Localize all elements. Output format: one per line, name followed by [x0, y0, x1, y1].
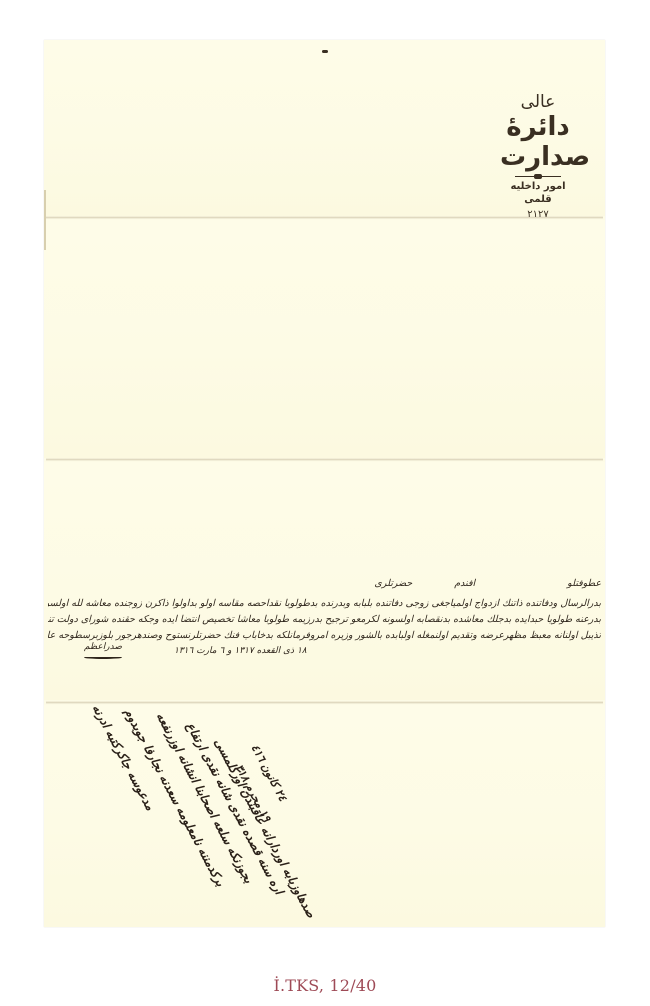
letterhead-tughra: عالى: [500, 92, 576, 112]
fold-line-2: [46, 458, 603, 461]
body-line: بدرعنه طولويا حبدايده بدجلك معاشده بدنقص…: [48, 612, 601, 628]
document-date: ١٨ ذى القعده ١٣١٧ و ٦ مارت ١٣١٦: [174, 646, 307, 656]
salutation-word: حضرتلرى: [374, 578, 412, 596]
document-body: عطوفتلو افندم حضرتلرى بدرالرسال ودفاتنده…: [48, 578, 601, 644]
letterhead-document-number: ٢١٢٧: [500, 208, 576, 222]
salutation-word: عطوفتلو: [567, 578, 601, 596]
signature-flourish: [84, 656, 122, 659]
letterhead-office-subtitle: امور داخليه قلمى: [500, 180, 576, 206]
paper-edge-mark: [44, 190, 46, 250]
signature: صدراعظم: [84, 642, 122, 652]
marginal-note: مدعوسه جاكركتبه ادرنه بركدمننه نامعلومه …: [84, 702, 344, 942]
panel-upper-middle: [44, 220, 605, 458]
document-sheet: عالى دائرهٔ صدارت امور داخليه قلمى ٢١٢٧ …: [44, 40, 605, 927]
body-line: بدرالرسال ودفاتنده ذاتنك ازدواج اولمياجغ…: [48, 596, 601, 612]
closing-block: صدراعظم ١٨ ذى القعده ١٣١٧ و ٦ مارت ١٣١٦: [84, 640, 344, 670]
letterhead-seal: عالى دائرهٔ صدارت امور داخليه قلمى ٢١٢٧: [500, 92, 576, 222]
letterhead-office-title: دائرهٔ صدارت: [500, 112, 576, 172]
salutation-line: عطوفتلو افندم حضرتلرى: [48, 578, 601, 596]
ink-mark: [322, 50, 328, 53]
salutation-word: افندم: [454, 578, 475, 596]
archive-reference-caption: İ.TKS, 12/40: [0, 976, 650, 995]
letterhead-ornament-divider: [515, 176, 561, 177]
